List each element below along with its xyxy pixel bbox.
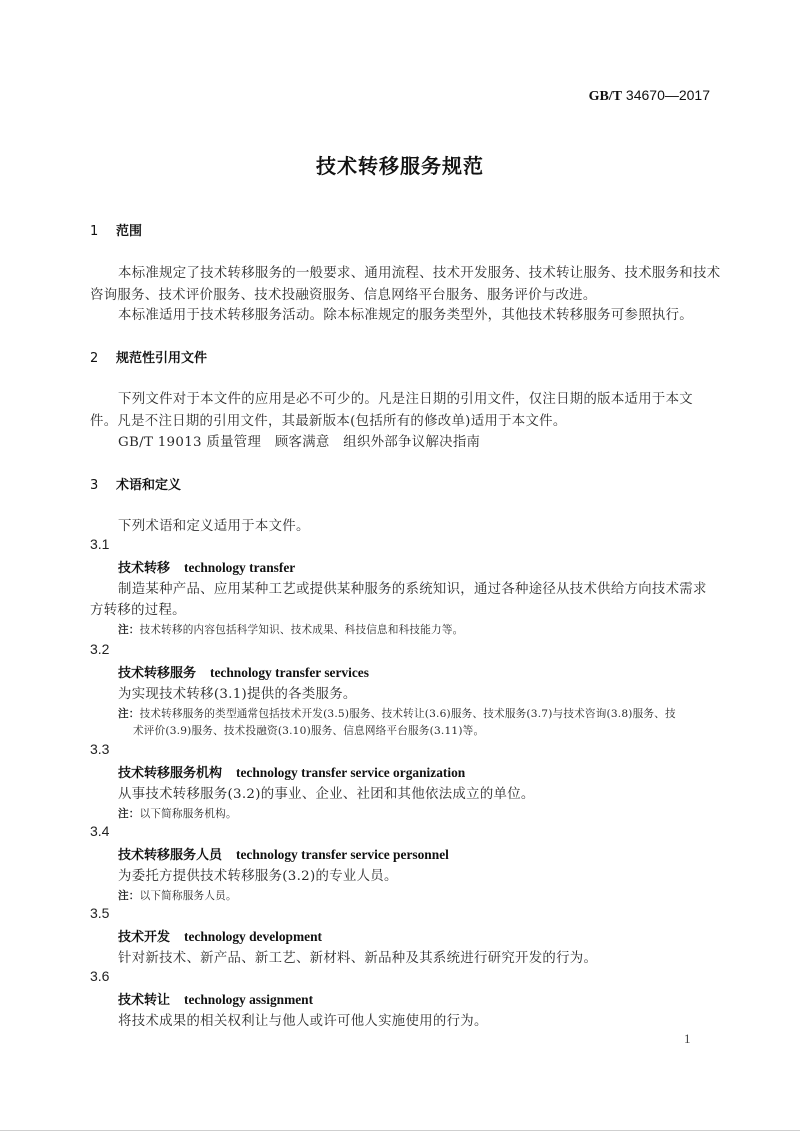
paragraph: 咨询服务、技术评价服务、技术投融资服务、信息网络平台服务、服务评价与改进。 — [90, 284, 597, 303]
clause-number: 3.5 — [90, 905, 109, 921]
standard-number: GB/T 34670—2017 — [589, 87, 710, 105]
term-en: technology transfer service organization — [236, 765, 465, 780]
term-note: 注：技术转移服务的类型通常包括技术开发(3.5)服务、技术转让(3.6)服务、技… — [118, 706, 676, 721]
section-heading-terms-definitions: 3术语和定义 — [90, 474, 181, 493]
clause-number: 3.6 — [90, 968, 109, 984]
section-title: 术语和定义 — [116, 478, 181, 493]
section-number: 2 — [90, 351, 116, 366]
paragraph: 件。凡是不注日期的引用文件，其最新版本(包括所有的修改单)适用于本文件。 — [90, 410, 567, 429]
term-title: 技术开发technology development — [118, 926, 322, 945]
note-text: 技术转移服务的类型通常包括技术开发(3.5)服务、技术转让(3.6)服务、技术服… — [140, 708, 676, 720]
note-text: 以下简称服务机构。 — [140, 808, 237, 820]
note-text: 以下简称服务人员。 — [140, 890, 237, 902]
reference-item: GB/T 19013 质量管理 顾客满意 组织外部争议解决指南 — [118, 431, 480, 450]
term-en: technology transfer services — [210, 665, 369, 680]
clause-number: 3.4 — [90, 823, 109, 839]
page-number: 1 — [684, 1031, 691, 1047]
section-title: 规范性引用文件 — [116, 351, 207, 366]
note-label: 注： — [118, 890, 140, 902]
paragraph: 下列术语和定义适用于本文件。 — [118, 515, 310, 534]
definition: 针对新技术、新产品、新工艺、新材料、新品种及其系统进行研究开发的行为。 — [118, 947, 597, 966]
note-text: 技术转移的内容包括科学知识、技术成果、科技信息和科技能力等。 — [140, 624, 464, 636]
term-title: 技术转移服务人员technology transfer service pers… — [118, 844, 449, 863]
paragraph: 本标准适用于技术转移服务活动。除本标准规定的服务类型外，其他技术转移服务可参照执… — [118, 304, 693, 323]
term-en: technology assignment — [184, 992, 313, 1007]
definition: 为实现技术转移(3.1)提供的各类服务。 — [118, 683, 357, 702]
term-zh: 技术转移 — [118, 561, 170, 576]
term-note-continued: 术评价(3.9)服务、技术投融资(3.10)服务、信息网络平台服务(3.11)等… — [133, 723, 484, 738]
section-number: 3 — [90, 478, 116, 493]
standard-code: 34670—2017 — [622, 87, 710, 103]
note-label: 注： — [118, 808, 140, 820]
term-note: 注：以下简称服务机构。 — [118, 806, 237, 821]
document-title: 技术转移服务规范 — [0, 150, 800, 179]
term-title: 技术转移technology transfer — [118, 557, 295, 576]
term-en: technology transfer — [184, 560, 295, 575]
term-en: technology transfer service personnel — [236, 847, 449, 862]
term-note: 注：技术转移的内容包括科学知识、技术成果、科技信息和科技能力等。 — [118, 622, 463, 637]
section-title: 范围 — [116, 224, 142, 239]
paragraph: 本标准规定了技术转移服务的一般要求、通用流程、技术开发服务、技术转让服务、技术服… — [118, 262, 720, 281]
term-en: technology development — [184, 929, 322, 944]
section-heading-normative-references: 2规范性引用文件 — [90, 347, 207, 366]
definition: 从事技术转移服务(3.2)的事业、企业、社团和其他依法成立的单位。 — [118, 783, 535, 802]
term-zh: 技术转移服务机构 — [118, 766, 222, 781]
clause-number: 3.1 — [90, 536, 109, 552]
definition: 制造某种产品、应用某种工艺或提供某种服务的系统知识，通过各种途径从技术供给方向技… — [118, 578, 707, 597]
term-title: 技术转让technology assignment — [118, 989, 313, 1008]
term-note: 注：以下简称服务人员。 — [118, 888, 237, 903]
term-zh: 技术转移服务 — [118, 666, 196, 681]
section-heading-scope: 1范围 — [90, 220, 142, 239]
definition: 将技术成果的相关权利让与他人或许可他人实施使用的行为。 — [118, 1010, 488, 1029]
standard-prefix: GB/T — [589, 89, 622, 104]
clause-number: 3.2 — [90, 641, 109, 657]
note-label: 注： — [118, 624, 140, 636]
definition: 方转移的过程。 — [90, 599, 186, 618]
term-zh: 技术转移服务人员 — [118, 848, 222, 863]
section-number: 1 — [90, 224, 116, 239]
note-label: 注： — [118, 708, 140, 720]
term-title: 技术转移服务机构technology transfer service orga… — [118, 762, 465, 781]
clause-number: 3.3 — [90, 741, 109, 757]
definition: 为委托方提供技术转移服务(3.2)的专业人员。 — [118, 865, 398, 884]
paragraph: 下列文件对于本文件的应用是必不可少的。凡是注日期的引用文件，仅注日期的版本适用于… — [118, 388, 693, 407]
term-title: 技术转移服务technology transfer services — [118, 662, 369, 681]
term-zh: 技术开发 — [118, 930, 170, 945]
term-zh: 技术转让 — [118, 993, 170, 1008]
